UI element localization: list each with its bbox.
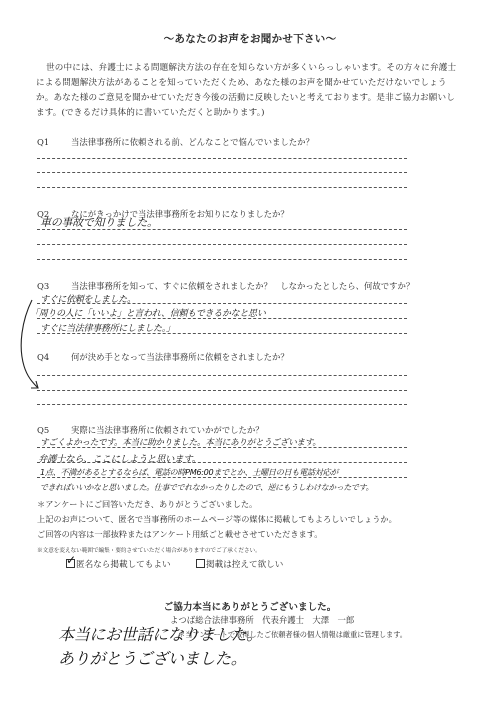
survey-thanks-note: ＊アンケートにご回答いただき、ありがとうございました。 [37, 499, 257, 510]
answer-line [37, 158, 407, 159]
intro-line: ます。(できるだけ具体的に書いていただくと助かります。) [36, 106, 466, 121]
question-number: Q3 [37, 281, 71, 291]
handwritten-answer: できればいいかなと思いました。仕事ででれなかったりしたので、逆にもうしわけなかっ… [40, 482, 373, 493]
option-label: 掲載は控えて欲しい [206, 560, 283, 570]
checkbox-decline[interactable] [196, 559, 205, 568]
intro-paragraph: 世の中には、弁護士による問題解決方法の存在を知らない方が多くいらっしゃいます。そ… [36, 61, 466, 121]
publish-options: ✓匿名なら掲載してもよい 掲載は控えて欲しい [66, 558, 283, 570]
answer-line [37, 404, 407, 405]
option-anonymous-ok[interactable]: ✓匿名なら掲載してもよい [66, 560, 173, 570]
answer-line [37, 318, 407, 319]
question-4: Q4何が決め手となって当法律事務所に依頼をされましたか？ [37, 351, 289, 363]
question-5: Q5実際に当法律事務所に依頼されていかがでしたか？ [37, 424, 264, 436]
question-text: 当法律事務所を知って、すぐに依頼をされましたか？ しなかったとしたら、何故ですか… [71, 281, 414, 291]
handwritten-answer: 車の事故で知りました。 [40, 214, 158, 230]
intro-line: による問題解決方法があることを知っていただくため、あなた様のお声を聞かせていただ… [36, 76, 466, 91]
handwritten-message-line: 本当にお世話になりました。 [58, 624, 262, 646]
answer-line [37, 447, 407, 448]
question-number: Q4 [37, 352, 71, 362]
option-label: 匿名なら掲載してもよい [76, 560, 171, 570]
closing-thanks: ご協力本当にありがとうございました。 [0, 599, 500, 613]
checkmark-icon: ✓ [66, 553, 76, 567]
answer-line [37, 390, 407, 391]
handwritten-message-line: ありがとうございました。 [58, 648, 246, 670]
answer-line [37, 477, 407, 478]
checkbox-anonymous-ok[interactable]: ✓ [66, 559, 75, 568]
answer-line [37, 303, 407, 304]
answer-line [37, 259, 407, 260]
publish-question: 上記のお声について、匿名で当事務所のホームページ等の媒体に掲載してもよろしいでし… [37, 514, 397, 525]
question-text: 当法律事務所に依頼される前、どんなことで悩んでいましたか？ [71, 137, 314, 147]
question-number: Q5 [37, 425, 71, 435]
handwritten-arrow-icon [14, 296, 44, 396]
answer-line [37, 375, 407, 376]
intro-line: か。あなた様のご意見を聞かせていただき今後の活動に反映したいと考えております。是… [36, 91, 466, 106]
intro-line: 世の中には、弁護士による問題解決方法の存在を知らない方が多くいらっしゃいます。そ… [36, 61, 466, 76]
answer-line [37, 462, 407, 463]
option-decline[interactable]: 掲載は控えて欲しい [196, 560, 283, 570]
survey-title: 〜あなたのお声をお聞かせ下さい〜 [0, 31, 500, 46]
question-3: Q3当法律事務所を知って、すぐに依頼をされましたか？ しなかったとしたら、何故で… [37, 280, 414, 292]
question-number: Q1 [37, 137, 71, 147]
answer-line [37, 229, 407, 230]
publish-detail: ご回答の内容は一部抜粋またはアンケート用紙ごと載せさせていただきます。 [37, 529, 322, 540]
answer-line [37, 172, 407, 173]
question-text: 何が決め手となって当法律事務所に依頼をされましたか？ [71, 352, 289, 362]
answer-line [37, 333, 407, 334]
question-1: Q1当法律事務所に依頼される前、どんなことで悩んでいましたか？ [37, 136, 314, 148]
question-text: 実際に当法律事務所に依頼されていかがでしたか？ [71, 425, 264, 435]
answer-line [37, 187, 407, 188]
answer-line [37, 244, 407, 245]
